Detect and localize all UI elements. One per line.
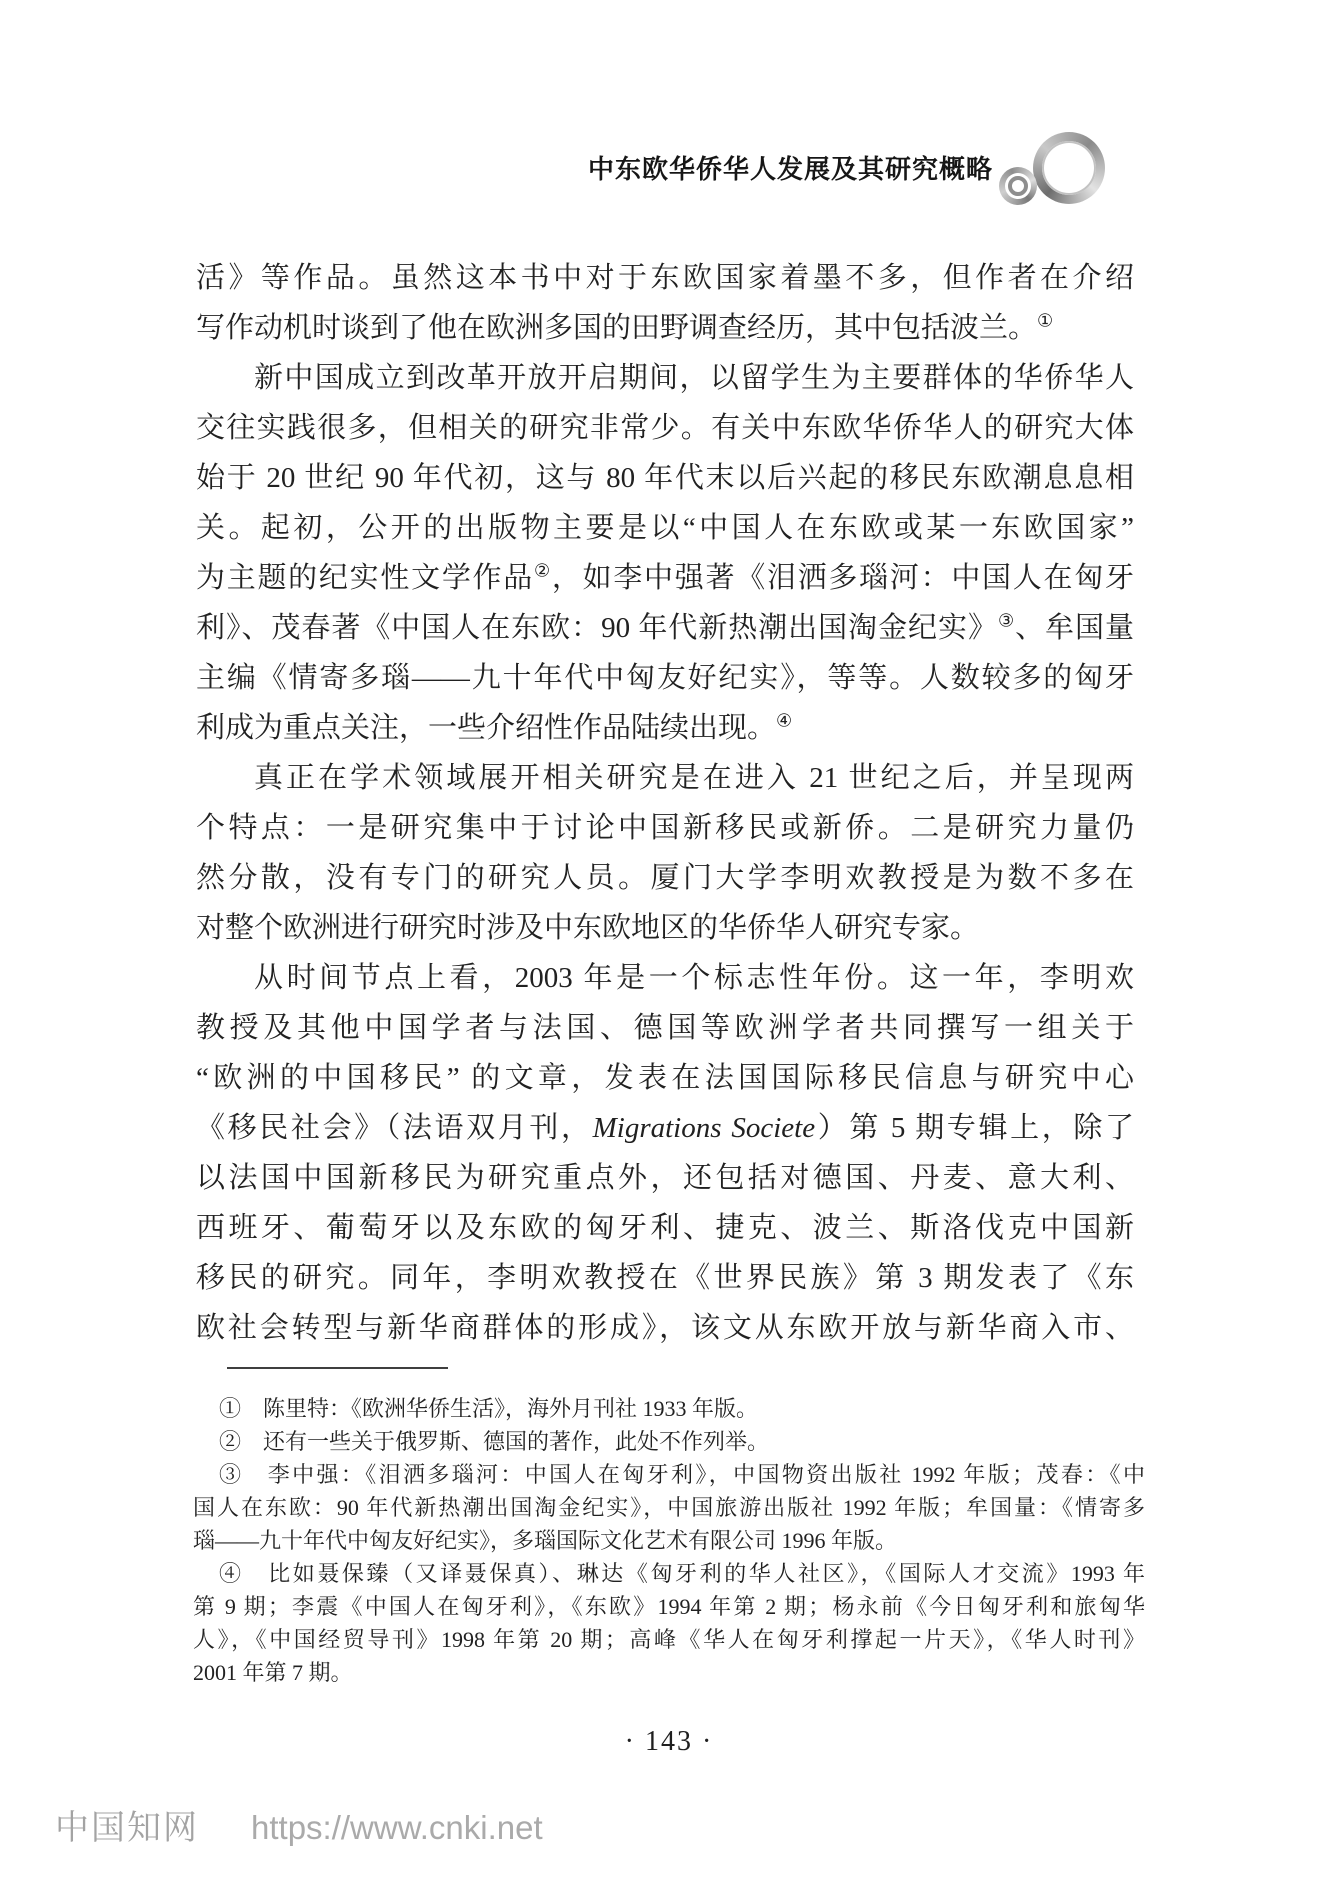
body-text-line: 写作动机时谈到了他在欧洲多国的田野调查经历，其中包括波兰。①: [196, 303, 1134, 353]
body-text-line: 交往实践很多，但相关的研究非常少。有关中东欧华侨华人的研究大体: [196, 403, 1134, 453]
body-text-line: 教授及其他中国学者与法国、德国等欧洲学者共同撰写一组关于: [196, 1003, 1134, 1053]
footnote-line: 第 9 期；李震《中国人在匈牙利》，《东欧》1994 年第 2 期；杨永前《今日…: [193, 1590, 1145, 1623]
footnotes: ① 陈里特：《欧洲华侨生活》，海外月刊社 1933 年版。② 还有一些关于俄罗斯…: [193, 1392, 1145, 1689]
body-text-line: 主编《情寄多瑙——九十年代中匈友好纪实》，等等。人数较多的匈牙: [196, 653, 1134, 703]
body-text-line: 活》等作品。虽然这本书中对于东欧国家着墨不多，但作者在介绍: [196, 253, 1134, 303]
body-text-line: 利》、茂春著《中国人在东欧：90 年代新热潮出国淘金纪实》③、牟国量: [196, 603, 1134, 653]
body-text-line: 为主题的纪实性文学作品②，如李中强著《泪洒多瑙河：中国人在匈牙: [196, 553, 1134, 603]
footnote-line: 人》，《中国经贸导刊》1998 年第 20 期；高峰《华人在匈牙利撑起一片天》，…: [193, 1623, 1145, 1656]
body-text-line: 对整个欧洲进行研究时涉及中东欧地区的华侨华人研究专家。: [196, 903, 1134, 953]
cnki-brand-label: 中国知网: [55, 1800, 199, 1849]
footnote-line: ② 还有一些关于俄罗斯、德国的著作，此处不作列举。: [193, 1425, 1145, 1458]
cnki-watermark: 中国知网 https://www.cnki.net: [55, 1800, 543, 1849]
body-text-line: 欧社会转型与新华商群体的形成》，该文从东欧开放与新华商入市、: [196, 1303, 1134, 1353]
body-text-line: 利成为重点关注，一些介绍性作品陆续出现。④: [196, 703, 1134, 753]
ring-small-icon: [999, 167, 1037, 205]
footnote-line: 2001 年第 7 期。: [193, 1656, 1145, 1689]
footnote-line: 国人在东欧：90 年代新热潮出国淘金纪实》，中国旅游出版社 1992 年版；牟国…: [193, 1491, 1145, 1524]
body-text-line: 始于 20 世纪 90 年代初，这与 80 年代末以后兴起的移民东欧潮息息相: [196, 453, 1134, 503]
body-text-line: 以法国中国新移民为研究重点外，还包括对德国、丹麦、意大利、: [196, 1153, 1134, 1203]
footnote-separator: [227, 1367, 448, 1369]
footnote-line: ③ 李中强：《泪洒多瑙河：中国人在匈牙利》，中国物资出版社 1992 年版；茂春…: [193, 1458, 1145, 1491]
body-text-line: 新中国成立到改革开放开启期间，以留学生为主要群体的华侨华人: [196, 353, 1134, 403]
body-text-line: 从时间节点上看，2003 年是一个标志性年份。这一年，李明欢: [196, 953, 1134, 1003]
running-head-title: 中东欧华侨华人发展及其研究概略: [0, 149, 993, 186]
footnote-line: ① 陈里特：《欧洲华侨生活》，海外月刊社 1933 年版。: [193, 1392, 1145, 1425]
body-text-line: 然分散，没有专门的研究人员。厦门大学李明欢教授是为数不多在: [196, 853, 1134, 903]
body-text-line: 个特点：一是研究集中于讨论中国新移民或新侨。二是研究力量仍: [196, 803, 1134, 853]
footnote-line: ④ 比如聂保臻（又译聂保真）、琳达《匈牙利的华人社区》，《国际人才交流》1993…: [193, 1557, 1145, 1590]
body-text-line: 移民的研究。同年，李明欢教授在《世界民族》第 3 期发表了《东: [196, 1253, 1134, 1303]
body-text-line: 西班牙、葡萄牙以及东欧的匈牙利、捷克、波兰、斯洛伐克中国新: [196, 1203, 1134, 1253]
body-text-line: 真正在学术领域展开相关研究是在进入 21 世纪之后，并呈现两: [196, 753, 1134, 803]
body-text-line: 关。起初，公开的出版物主要是以“中国人在东欧或某一东欧国家”: [196, 503, 1134, 553]
body-text-line: 《移民社会》（法语双月刊，Migrations Societe）第 5 期专辑上…: [196, 1103, 1134, 1153]
ring-large-icon: [1033, 132, 1105, 204]
body-text-line: “欧洲的中国移民” 的文章，发表在法国国际移民信息与研究中心: [196, 1053, 1134, 1103]
footnote-line: 瑙——九十年代中匈友好纪实》，多瑙国际文化艺术有限公司 1996 年版。: [193, 1524, 1145, 1557]
cnki-url: https://www.cnki.net: [251, 1809, 543, 1847]
body-text: 活》等作品。虽然这本书中对于东欧国家着墨不多，但作者在介绍写作动机时谈到了他在欧…: [196, 253, 1134, 1353]
document-page: 中东欧华侨华人发展及其研究概略 活》等作品。虽然这本书中对于东欧国家着墨不多，但…: [0, 0, 1338, 1890]
page-number: · 143 ·: [0, 1726, 1338, 1758]
chapter-rings-logo: [995, 126, 1117, 218]
